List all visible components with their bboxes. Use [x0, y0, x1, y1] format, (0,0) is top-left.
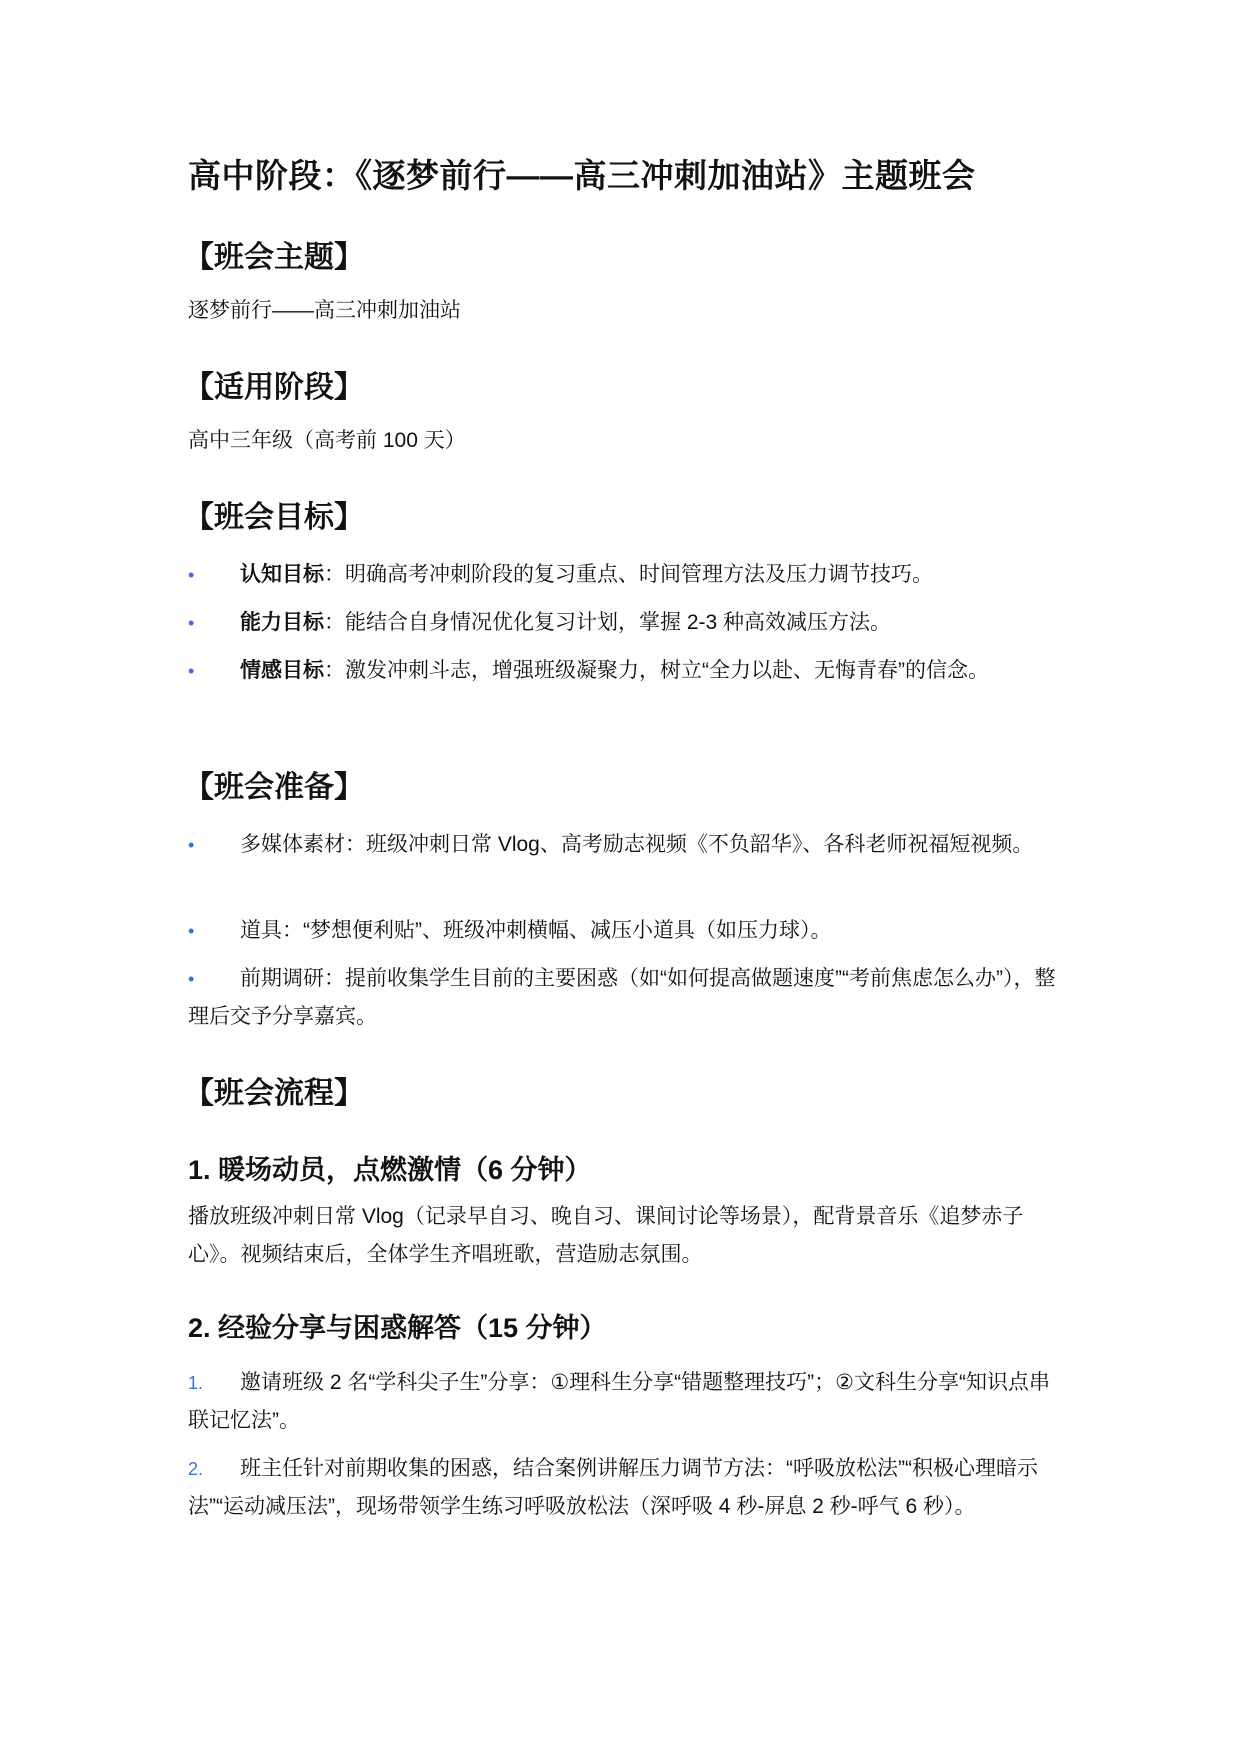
step-item-text: 邀请班级 2 名“学科尖子生”分享：①理科生分享“错题整理技巧”；②文科生分享“…	[188, 1371, 1050, 1432]
step-heading: 2. 经验分享与困惑解答（15 分钟）	[188, 1306, 607, 1345]
step-list-item: 1.邀请班级 2 名“学科尖子生”分享：①理科生分享“错题整理技巧”；②文科生分…	[188, 1364, 1058, 1440]
bullet-icon: •	[188, 960, 240, 998]
section-heading-prep: 【班会准备】	[184, 762, 364, 806]
prep-item: •道具：“梦想便利贴”、班级冲刺横幅、减压小道具（如压力球）。	[188, 912, 1058, 950]
goal-text: ：激发冲刺斗志，增强班级凝聚力，树立“全力以赴、无悔青春”的信念。	[324, 659, 989, 682]
bullet-icon: •	[188, 912, 240, 950]
goal-item: •情感目标：激发冲刺斗志，增强班级凝聚力，树立“全力以赴、无悔青春”的信念。	[188, 652, 1058, 690]
bullet-icon: •	[188, 604, 240, 642]
goal-label: 情感目标	[240, 659, 324, 682]
step-item-text: 班主任针对前期收集的困惑，结合案例讲解压力调节方法：“呼吸放松法”“积极心理暗示…	[188, 1457, 1038, 1518]
step-text: 播放班级冲刺日常 Vlog（记录早自习、晚自习、课间讨论等场景），配背景音乐《追…	[188, 1198, 1058, 1274]
prep-text: 多媒体素材：班级冲刺日常 Vlog、高考励志视频《不负韶华》、各科老师祝福短视频…	[240, 833, 1033, 856]
prep-item: •前期调研：提前收集学生目前的主要困惑（如“如何提高做题速度”“考前焦虑怎么办”…	[188, 960, 1058, 1036]
section-heading-goals: 【班会目标】	[184, 492, 364, 536]
goal-label: 认知目标	[240, 563, 324, 586]
theme-text: 逐梦前行——高三冲刺加油站	[188, 292, 461, 330]
goal-label: 能力目标	[240, 611, 324, 634]
step-list-item: 2.班主任针对前期收集的困惑，结合案例讲解压力调节方法：“呼吸放松法”“积极心理…	[188, 1450, 1058, 1526]
section-heading-theme: 【班会主题】	[184, 232, 364, 276]
document-title: 高中阶段：《逐梦前行——高三冲刺加油站》主题班会	[188, 150, 976, 197]
bullet-icon: •	[188, 826, 240, 864]
prep-text: 道具：“梦想便利贴”、班级冲刺横幅、减压小道具（如压力球）。	[240, 919, 831, 942]
prep-item: •多媒体素材：班级冲刺日常 Vlog、高考励志视频《不负韶华》、各科老师祝福短视…	[188, 826, 1058, 864]
goal-text: ：能结合自身情况优化复习计划，掌握 2-3 种高效减压方法。	[324, 611, 891, 634]
stage-text: 高中三年级（高考前 100 天）	[188, 422, 466, 460]
list-number: 2.	[188, 1450, 240, 1488]
section-heading-process: 【班会流程】	[184, 1068, 364, 1112]
bullet-icon: •	[188, 652, 240, 690]
goal-item: •能力目标：能结合自身情况优化复习计划，掌握 2-3 种高效减压方法。	[188, 604, 1058, 642]
goal-text: ：明确高考冲刺阶段的复习重点、时间管理方法及压力调节技巧。	[324, 563, 933, 586]
bullet-icon: •	[188, 556, 240, 594]
prep-text: 前期调研：提前收集学生目前的主要困惑（如“如何提高做题速度”“考前焦虑怎么办”）…	[188, 967, 1055, 1028]
section-heading-stage: 【适用阶段】	[184, 362, 364, 406]
step-heading: 1. 暖场动员，点燃激情（6 分钟）	[188, 1148, 592, 1187]
list-number: 1.	[188, 1364, 240, 1402]
goal-item: •认知目标：明确高考冲刺阶段的复习重点、时间管理方法及压力调节技巧。	[188, 556, 1058, 594]
